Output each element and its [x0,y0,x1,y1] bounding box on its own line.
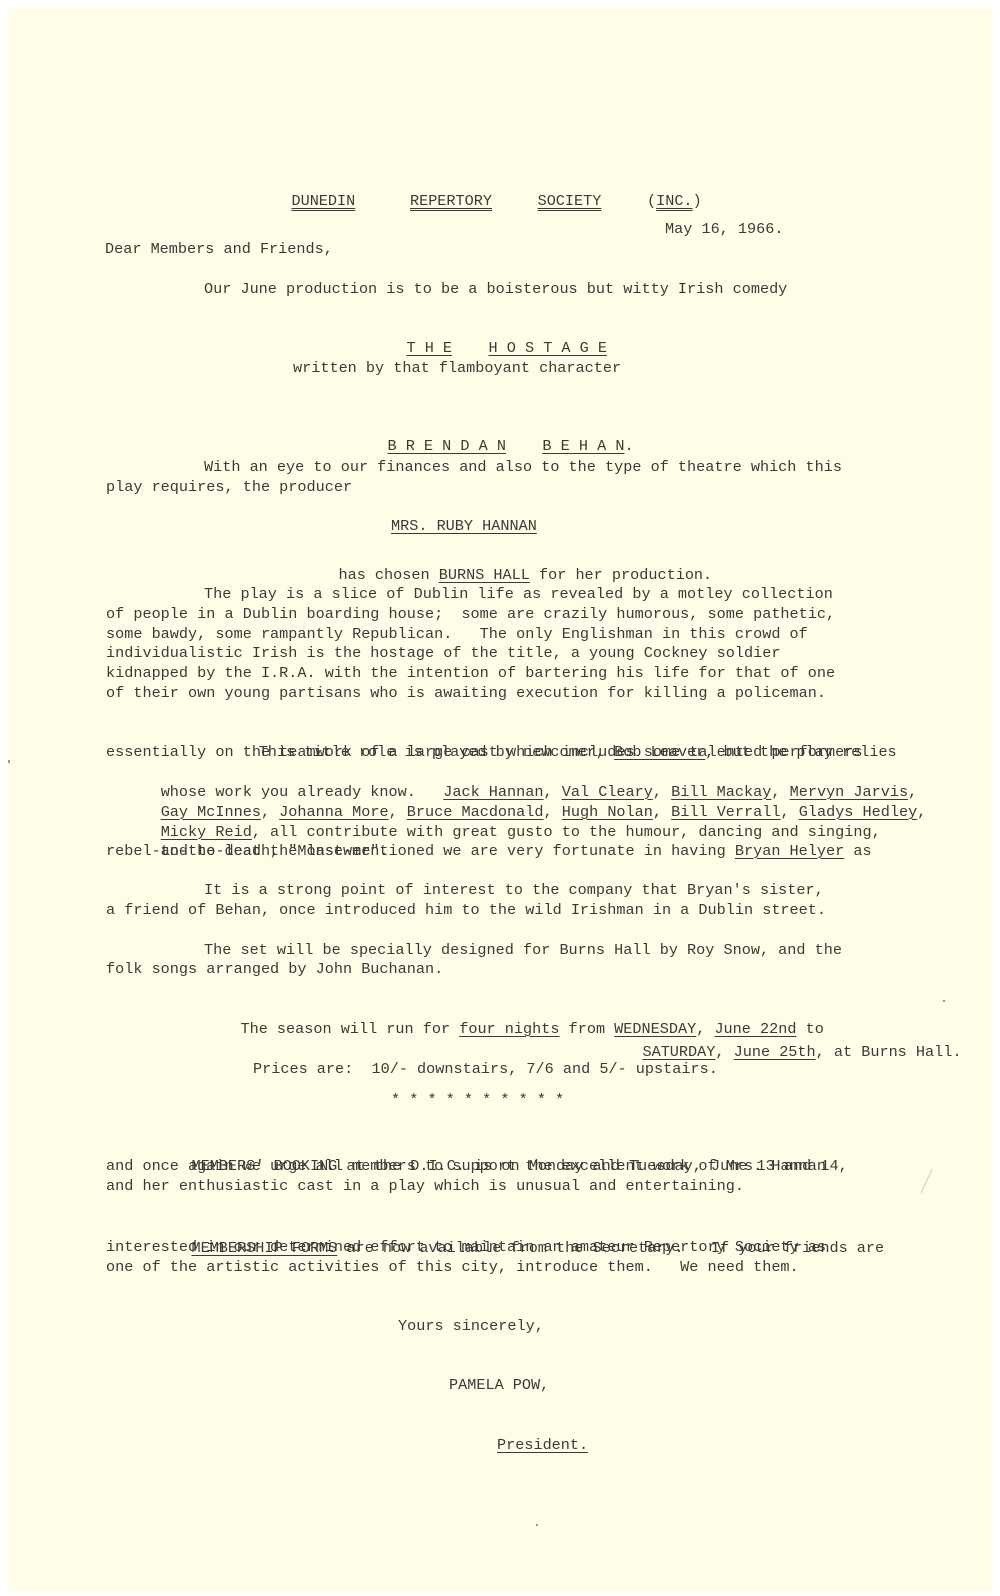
cast-line-7: rebel-to-the-death, "Monsewer". [106,842,389,862]
author-period: . [624,437,633,455]
letterhead-word-repertory: REPERTORY [410,192,492,210]
plot-line-5: kidnapped by the I.R.A. with the intenti… [106,664,835,684]
producer-name: MRS. RUBY HANNAN [391,517,537,537]
letterhead-open-paren: ( [647,192,656,210]
play-title-word-hostage: H O S T A G E [489,339,607,357]
season-end-date: June 25th [734,1043,816,1061]
anecdote-line-1: It is a strong point of interest to the … [204,881,824,901]
plot-line-3: some bawdy, some rampantly Republican. T… [106,625,808,645]
valediction: Yours sincerely, [398,1317,544,1337]
letterhead-close-paren: ) [693,192,702,210]
plot-line-6: of their own young partisans who is awai… [106,684,826,704]
author-last-name: B E H A N [542,437,624,455]
featured-actor-name: Bryan Helyer [735,842,844,860]
plot-line-2: of people in a Dublin boarding house; so… [106,605,835,625]
credits-line-1: The set will be specially designed for B… [204,941,842,961]
letterhead-word-inc: INC. [656,192,692,210]
producer-para-line-1: With an eye to our finances and also to … [204,458,842,478]
letterhead-word-dunedin: DUNEDIN [291,192,355,210]
booking-line-2: and once again we urge all members to su… [106,1157,826,1177]
cast-line-6-suffix: as [844,842,871,860]
asterisk-separator: * * * * * * * * * * [391,1091,564,1111]
venue-name: BURNS HALL [439,566,530,584]
season-duration: four nights [459,1020,559,1038]
credits-line-2: folk songs arranged by John Buchanan. [106,960,443,980]
play-title-word-the: T H E [406,339,452,357]
paper-mark [536,1524,538,1526]
author-first-name: B R E N D A N [387,437,505,455]
paper-mark [943,1000,945,1002]
intro-line: Our June production is to be a boisterou… [204,280,787,300]
signatory-title: President. [497,1436,588,1456]
producer-para-line-2: play requires, the producer [106,478,352,498]
plot-line-1: The play is a slice of Dublin life as re… [204,585,833,605]
cast-line-2: essentially on the teamwork of a large c… [106,743,862,763]
salutation: Dear Members and Friends, [105,240,333,260]
letterhead: DUNEDIN REPERTORY SOCIETY (INC.) [255,172,702,231]
season-prefix: The season will run for [240,1020,459,1038]
venue-prefix: has chosen [338,566,438,584]
membership-line-3: one of the artistic activities of this c… [106,1258,799,1278]
prices-line: Prices are: 10/- downstairs, 7/6 and 5/-… [253,1060,718,1080]
venue-suffix: for her production. [530,566,712,584]
letterhead-word-society: SOCIETY [538,192,602,210]
anecdote-line-2: a friend of Behan, once introduced him t… [106,901,826,921]
plot-line-4: individualistic Irish is the hostage of … [106,644,780,664]
letter-date: May 16, 1966. [665,220,783,240]
signatory-name: PAMELA POW, [449,1376,549,1396]
paper-mark [8,760,10,763]
written-by-line: written by that flamboyant character [293,359,621,379]
letter-page: DUNEDIN REPERTORY SOCIETY (INC.) May 16,… [8,8,992,1592]
season-end-day: SATURDAY [642,1043,715,1061]
membership-line-2: interested in our determined effort to m… [106,1238,826,1258]
paper-mark [921,1169,933,1193]
booking-line-3: and her enthusiastic cast in a play whic… [106,1177,744,1197]
season-suffix: , at Burns Hall. [816,1043,962,1061]
